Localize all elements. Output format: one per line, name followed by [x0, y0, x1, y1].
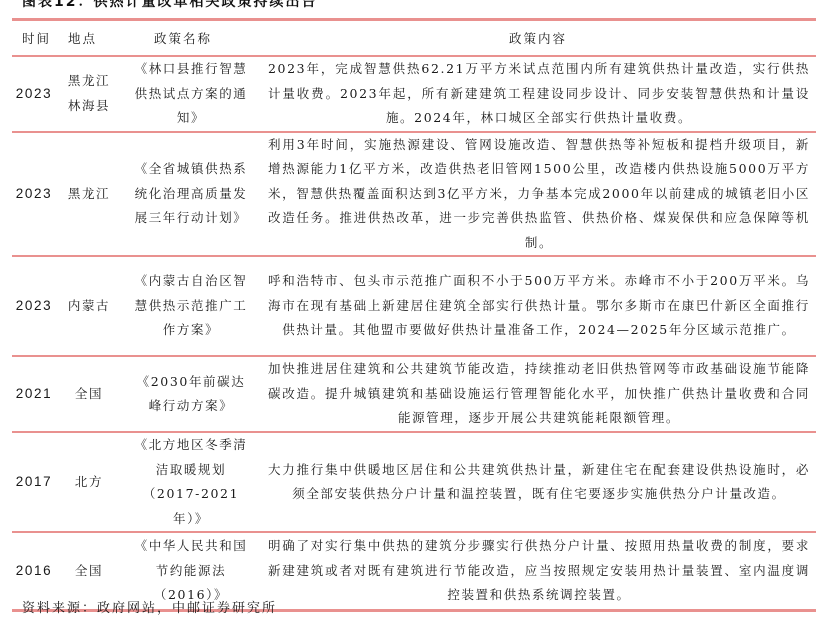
cell-year: 2017	[12, 432, 56, 532]
header-year: 时间	[12, 20, 56, 57]
cell-place: 黑龙江	[56, 132, 122, 257]
cell-place: 内蒙古	[56, 256, 122, 356]
content-text: 明确了对实行集中供热的建筑分步骤实行供热分户计量、按照用热量收费的制度，要求新建…	[268, 534, 810, 608]
table-row: 2017 北方 《北方地区冬季清洁取暖规划（2017-2021年）》 大力推行集…	[12, 432, 816, 532]
cell-policy-name: 《2030年前碳达峰行动方案》	[122, 356, 260, 432]
cell-policy-content: 加快推进居住建筑和公共建筑节能改造，持续推动老旧供热管网等市政基础设施节能降碳改…	[260, 356, 816, 432]
cell-year: 2021	[12, 356, 56, 432]
cell-place: 全国	[56, 356, 122, 432]
cell-policy-name: 《北方地区冬季清洁取暖规划（2017-2021年）》	[122, 432, 260, 532]
cell-year: 2023	[12, 132, 56, 257]
table-row: 2023 黑龙江 《全省城镇供热系统化治理高质量发展三年行动计划》 利用3年时间…	[12, 132, 816, 257]
place-text: 黑龙江林海县	[67, 69, 112, 118]
cell-policy-name: 《全省城镇供热系统化治理高质量发展三年行动计划》	[122, 132, 260, 257]
header-policy-name: 政策名称	[122, 20, 260, 57]
cell-place: 黑龙江林海县	[56, 56, 122, 132]
cell-policy-name: 《内蒙古自治区智慧供热示范推广工作方案》	[122, 256, 260, 356]
cell-year: 2023	[12, 56, 56, 132]
source-note: 资料来源：政府网站，中邮证券研究所	[22, 597, 277, 616]
content-text: 大力推行集中供暖地区居住和公共建筑供热计量，新建住宅在配套建设供热设施时，必须全…	[268, 458, 810, 507]
header-policy-content: 政策内容	[260, 20, 816, 57]
cell-policy-content: 大力推行集中供暖地区居住和公共建筑供热计量，新建住宅在配套建设供热设施时，必须全…	[260, 432, 816, 532]
content-text: 加快推进居住建筑和公共建筑节能改造，持续推动老旧供热管网等市政基础设施节能降碳改…	[268, 357, 810, 431]
header-place: 地点	[56, 20, 122, 57]
content-text: 利用3年时间，实施热源建设、管网设施改造、智慧供热等补短板和提档升级项目，新增热…	[268, 133, 810, 256]
cell-place: 北方	[56, 432, 122, 532]
cell-policy-content: 2023年，完成智慧供热62.21万平方米试点范围内所有建筑供热计量改造，实行供…	[260, 56, 816, 132]
table-header-row: 时间 地点 政策名称 政策内容	[12, 20, 816, 57]
cell-policy-name: 《林口县推行智慧供热试点方案的通知》	[122, 56, 260, 132]
cell-policy-content: 呼和浩特市、包头市示范推广面积不小于500万平方米。赤峰市不小于200万平米。乌…	[260, 256, 816, 356]
cell-policy-content: 明确了对实行集中供热的建筑分步骤实行供热分户计量、按照用热量收费的制度，要求新建…	[260, 532, 816, 610]
cell-year: 2023	[12, 256, 56, 356]
content-text: 2023年，完成智慧供热62.21万平方米试点范围内所有建筑供热计量改造，实行供…	[268, 57, 810, 131]
figure-title: 图表12：供热计量改革相关政策持续出台	[22, 0, 317, 10]
table-row: 2023 黑龙江林海县 《林口县推行智慧供热试点方案的通知》 2023年，完成智…	[12, 56, 816, 132]
policy-table: 时间 地点 政策名称 政策内容 2023 黑龙江林海县 《林口县推行智慧供热试点…	[12, 18, 816, 612]
content-text: 呼和浩特市、包头市示范推广面积不小于500万平方米。赤峰市不小于200万平米。乌…	[268, 269, 810, 343]
cell-policy-content: 利用3年时间，实施热源建设、管网设施改造、智慧供热等补短板和提档升级项目，新增热…	[260, 132, 816, 257]
table-row: 2021 全国 《2030年前碳达峰行动方案》 加快推进居住建筑和公共建筑节能改…	[12, 356, 816, 432]
table-row: 2023 内蒙古 《内蒙古自治区智慧供热示范推广工作方案》 呼和浩特市、包头市示…	[12, 256, 816, 356]
